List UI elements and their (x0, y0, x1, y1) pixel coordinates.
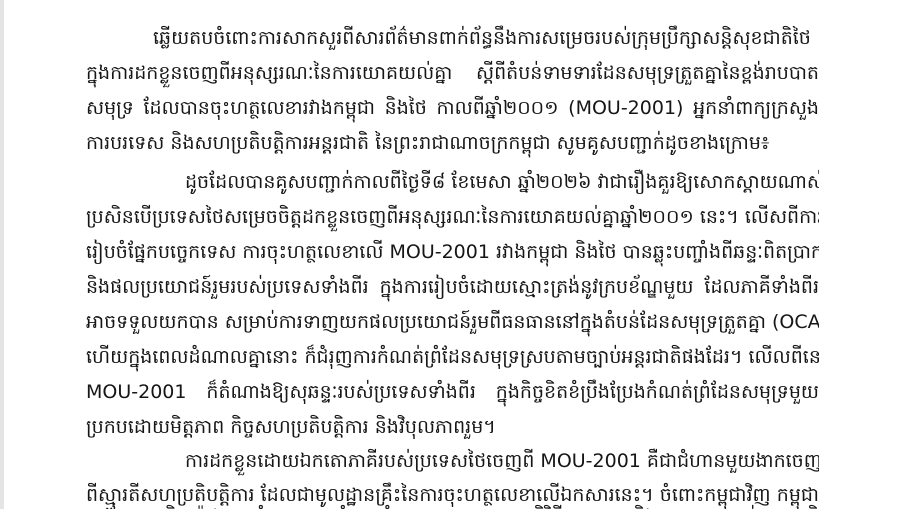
paragraph-2-line-3: រៀបចំផ្នែកបច្ចេកទេស ការចុះហត្ថលេខាលើ MOU… (86, 235, 819, 269)
paragraph-3-line-1: ការដកខ្លួនដោយឯកតោភាគីរបស់ប្រទេសថៃចេញពី M… (185, 444, 819, 478)
paragraph-1-line-4: ការបរទេស និងសហប្រតិបត្តិការអន្តរជាតិ នៃព… (86, 126, 819, 160)
paragraph-2-line-2: ប្រសិនបើប្រទេសថៃសម្រេចចិត្តដកខ្លួនចេញពីអ… (86, 200, 819, 234)
paragraph-2-line-1: ដូចដែលបានគូសបញ្ជាក់កាលពីថ្ងៃទី៨ ខែមេសា ឆ… (185, 165, 819, 199)
paragraph-2-line-8: ប្រកបដោយមិត្តភាព កិច្ចសហប្រតិបត្តិការ និ… (86, 410, 819, 444)
paragraph-3-line-3-partial: នៅតែប្តេជ្ញាចិត្តយ៉ាងមុតមាំ ចំពោះដំណោះស្… (86, 500, 819, 509)
paragraph-1-line-1: ឆ្លើយតបចំពោះការសាកសួរពីសារព័ត៌មានពាក់ព័ន… (153, 21, 819, 55)
paragraph-2-line-7: MOU-2001 ក៏តំណាងឱ្យសុឆន្ទៈរបស់ប្រទេសទាំង… (86, 375, 819, 409)
document-page: ឆ្លើយតបចំពោះការសាកសួរពីសារព័ត៌មានពាក់ព័ន… (0, 0, 905, 509)
paragraph-2-line-4: និងផលប្រយោជន៍រួមរបស់ប្រទេសទាំងពីរ ក្នុងក… (86, 270, 819, 304)
paragraph-1-line-2: ក្នុងការដកខ្លួនចេញពីអនុស្សរណៈនៃការយោគយល់… (86, 56, 819, 90)
paragraph-2-line-5: អាចទទួលយកបាន សម្រាប់ការទាញយកផលប្រយោជន៍រួ… (86, 305, 819, 339)
paragraph-2-line-6: ហើយក្នុងពេលដំណាលគ្នានោះ ក៏ជំរុញការកំណត់ព… (86, 340, 819, 374)
paragraph-1-line-3: សមុទ្រ ដែលបានចុះហត្ថលេខារវាងកម្ពុជា និងថ… (86, 91, 819, 125)
